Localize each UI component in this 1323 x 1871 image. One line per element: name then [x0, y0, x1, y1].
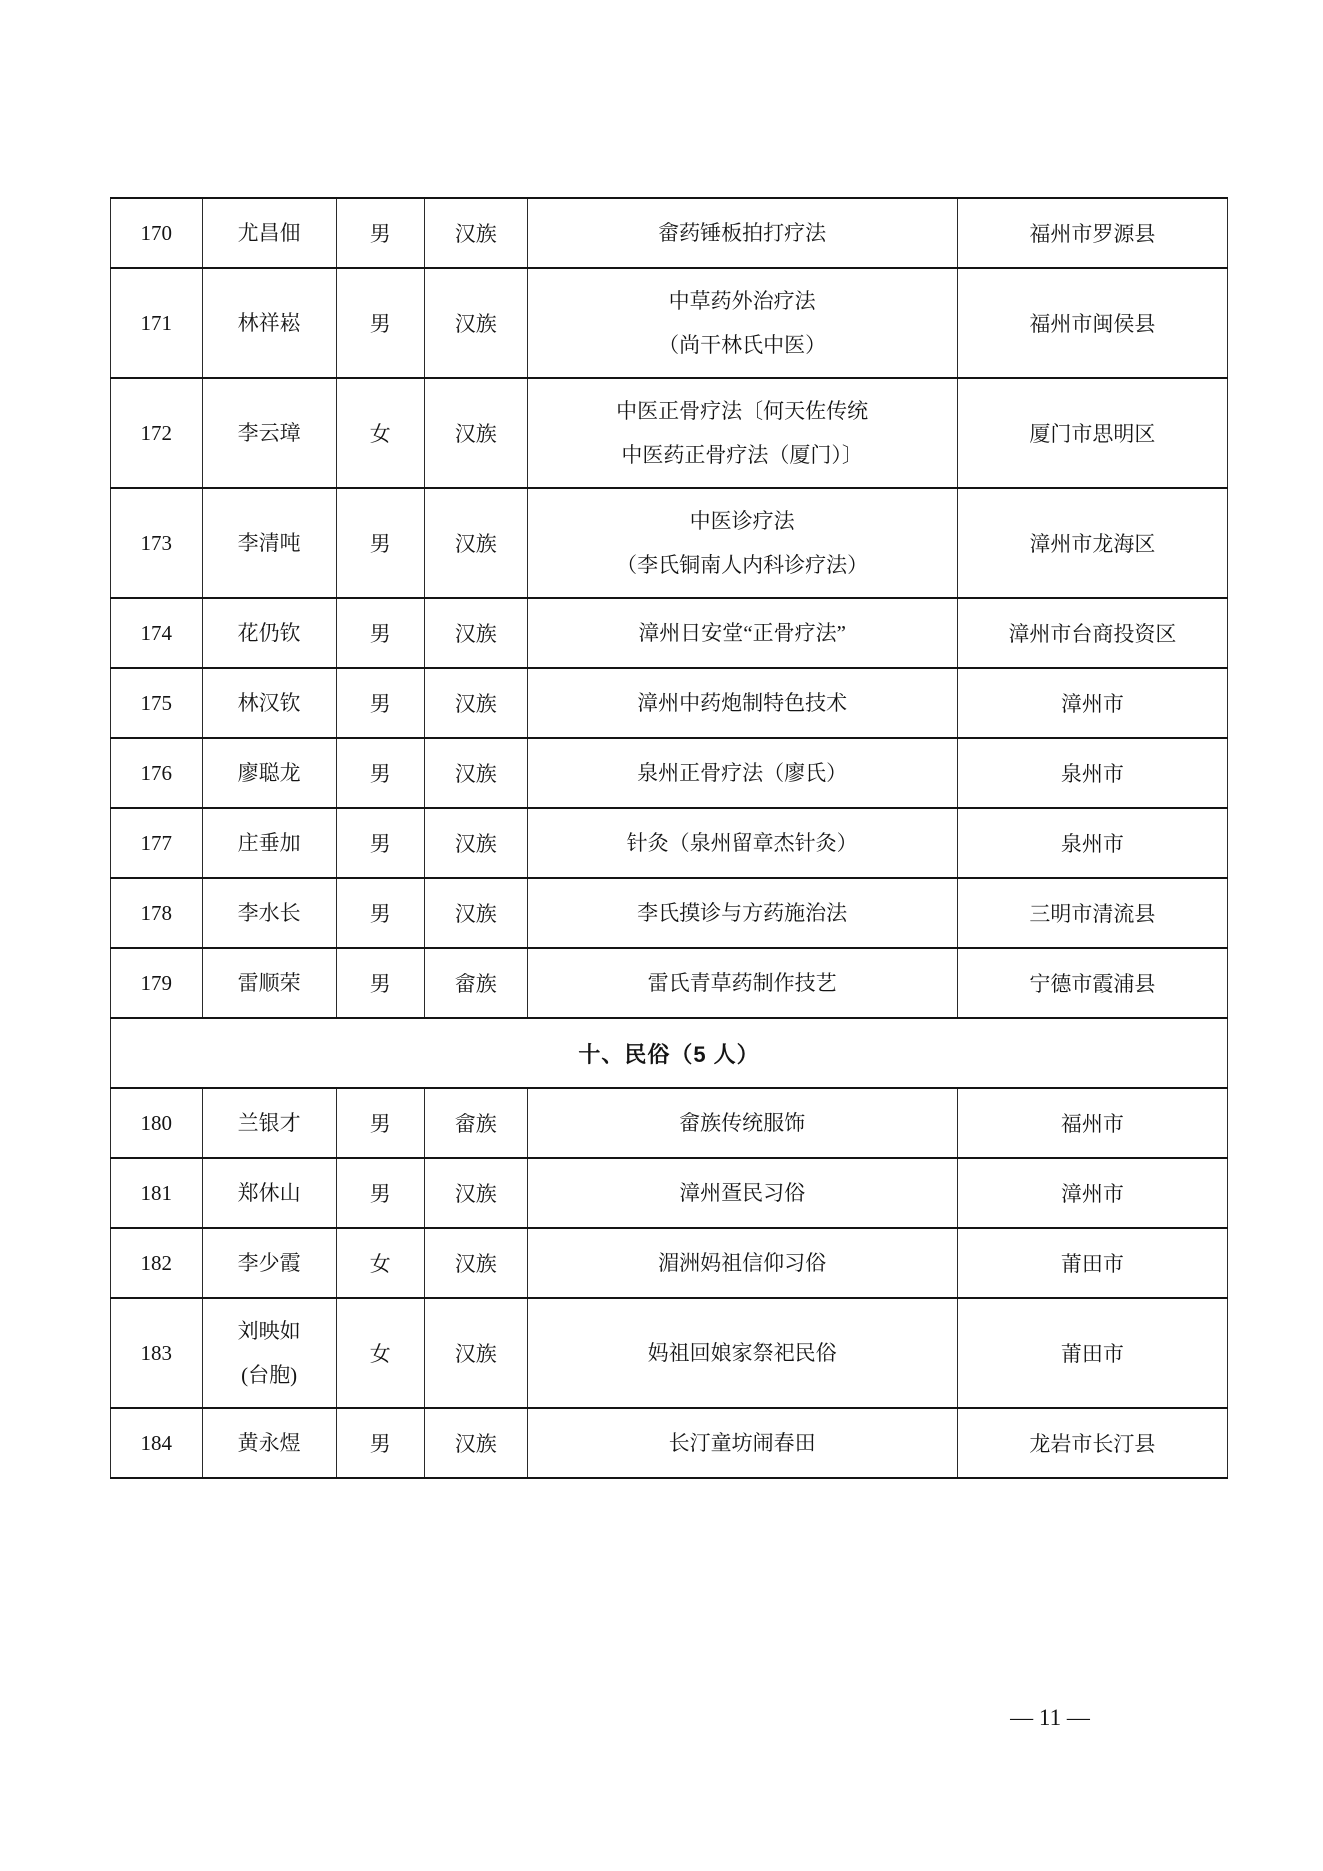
cell-ethnicity: 畲族: [424, 948, 527, 1018]
page-number: — 11 —: [960, 1698, 1140, 1738]
cell-text-line: 庄垂加: [209, 821, 330, 865]
table-row: 182 李少霞 女 汉族 湄洲妈祖信仰习俗 莆田市: [111, 1228, 1228, 1298]
cell-project: 针灸（泉州留章杰针灸）: [527, 808, 957, 878]
cell-text-line: 李氏摸诊与方药施治法: [534, 891, 951, 935]
roster-table: 170 尤昌佃 男 汉族 畲药锤板拍打疗法 福州市罗源县 171 林祥崧 男 汉…: [110, 197, 1228, 1479]
cell-project: 李氏摸诊与方药施治法: [527, 878, 957, 948]
cell-location: 福州市闽侯县: [957, 268, 1227, 378]
table-row: 177 庄垂加 男 汉族 针灸（泉州留章杰针灸） 泉州市: [111, 808, 1228, 878]
cell-text-line: 妈祖回娘家祭祀民俗: [534, 1331, 951, 1375]
cell-location: 龙岩市长汀县: [957, 1408, 1227, 1478]
table-row: 175 林汉钦 男 汉族 漳州中药炮制特色技术 漳州市: [111, 668, 1228, 738]
cell-text-line: 雷顺荣: [209, 961, 330, 1005]
cell-no: 171: [111, 268, 203, 378]
cell-text-line: 中医诊疗法: [534, 499, 951, 543]
cell-text-line: 畲族传统服饰: [534, 1101, 951, 1145]
cell-text-line: 刘映如: [209, 1309, 330, 1353]
cell-gender: 男: [336, 198, 424, 268]
cell-no: 183: [111, 1298, 203, 1408]
cell-text-line: 花仍钦: [209, 611, 330, 655]
cell-name: 李水长: [202, 878, 336, 948]
table-row: 181 郑休山 男 汉族 漳州疍民习俗 漳州市: [111, 1158, 1228, 1228]
cell-gender: 男: [336, 808, 424, 878]
cell-gender: 男: [336, 1158, 424, 1228]
cell-text-line: 黄永煜: [209, 1421, 330, 1465]
cell-ethnicity: 畲族: [424, 1088, 527, 1158]
cell-location: 莆田市: [957, 1228, 1227, 1298]
cell-location: 漳州市台商投资区: [957, 598, 1227, 668]
cell-no: 184: [111, 1408, 203, 1478]
cell-gender: 男: [336, 738, 424, 808]
cell-ethnicity: 汉族: [424, 198, 527, 268]
cell-ethnicity: 汉族: [424, 378, 527, 488]
cell-project: 湄洲妈祖信仰习俗: [527, 1228, 957, 1298]
cell-no: 176: [111, 738, 203, 808]
cell-project: 畲族传统服饰: [527, 1088, 957, 1158]
cell-name: 黄永煜: [202, 1408, 336, 1478]
cell-ethnicity: 汉族: [424, 1228, 527, 1298]
table-row: 174 花仍钦 男 汉族 漳州日安堂“正骨疗法” 漳州市台商投资区: [111, 598, 1228, 668]
cell-ethnicity: 汉族: [424, 668, 527, 738]
cell-text-line: 李水长: [209, 891, 330, 935]
section-title: 十、民俗（5 人）: [111, 1018, 1228, 1088]
table-row: 173 李清吨 男 汉族 中医诊疗法（李氏铜南人内科诊疗法） 漳州市龙海区: [111, 488, 1228, 598]
cell-text-line: （尚干林氏中医）: [534, 323, 951, 367]
cell-location: 泉州市: [957, 738, 1227, 808]
cell-no: 181: [111, 1158, 203, 1228]
cell-text-line: 林祥崧: [209, 301, 330, 345]
document-page: 170 尤昌佃 男 汉族 畲药锤板拍打疗法 福州市罗源县 171 林祥崧 男 汉…: [0, 0, 1323, 1871]
cell-text-line: 漳州疍民习俗: [534, 1171, 951, 1215]
cell-text-line: 林汉钦: [209, 681, 330, 725]
cell-name: 李清吨: [202, 488, 336, 598]
cell-project: 中医诊疗法（李氏铜南人内科诊疗法）: [527, 488, 957, 598]
cell-text-line: （李氏铜南人内科诊疗法）: [534, 543, 951, 587]
cell-project: 畲药锤板拍打疗法: [527, 198, 957, 268]
cell-no: 173: [111, 488, 203, 598]
cell-gender: 男: [336, 668, 424, 738]
cell-text-line: 漳州日安堂“正骨疗法”: [534, 611, 951, 655]
cell-location: 厦门市思明区: [957, 378, 1227, 488]
cell-gender: 女: [336, 378, 424, 488]
cell-name: 庄垂加: [202, 808, 336, 878]
cell-gender: 男: [336, 268, 424, 378]
cell-location: 福州市罗源县: [957, 198, 1227, 268]
cell-text-line: 湄洲妈祖信仰习俗: [534, 1241, 951, 1285]
cell-text-line: 漳州中药炮制特色技术: [534, 681, 951, 725]
cell-location: 三明市清流县: [957, 878, 1227, 948]
cell-text-line: 中医药正骨疗法（厦门）〕: [534, 433, 951, 477]
roster-table-body: 170 尤昌佃 男 汉族 畲药锤板拍打疗法 福州市罗源县 171 林祥崧 男 汉…: [111, 198, 1228, 1478]
cell-gender: 女: [336, 1228, 424, 1298]
cell-gender: 男: [336, 878, 424, 948]
cell-no: 170: [111, 198, 203, 268]
cell-name: 刘映如(台胞): [202, 1298, 336, 1408]
cell-name: 林祥崧: [202, 268, 336, 378]
cell-location: 漳州市: [957, 1158, 1227, 1228]
cell-name: 花仍钦: [202, 598, 336, 668]
cell-name: 廖聪龙: [202, 738, 336, 808]
cell-no: 175: [111, 668, 203, 738]
table-row: 178 李水长 男 汉族 李氏摸诊与方药施治法 三明市清流县: [111, 878, 1228, 948]
cell-text-line: 针灸（泉州留章杰针灸）: [534, 821, 951, 865]
cell-ethnicity: 汉族: [424, 1408, 527, 1478]
cell-location: 漳州市: [957, 668, 1227, 738]
cell-name: 李云璋: [202, 378, 336, 488]
cell-no: 172: [111, 378, 203, 488]
cell-location: 福州市: [957, 1088, 1227, 1158]
cell-text-line: 李云璋: [209, 411, 330, 455]
cell-name: 郑休山: [202, 1158, 336, 1228]
cell-no: 178: [111, 878, 203, 948]
cell-project: 漳州日安堂“正骨疗法”: [527, 598, 957, 668]
cell-no: 177: [111, 808, 203, 878]
cell-location: 宁德市霞浦县: [957, 948, 1227, 1018]
cell-ethnicity: 汉族: [424, 738, 527, 808]
cell-text-line: 雷氏青草药制作技艺: [534, 961, 951, 1005]
cell-gender: 男: [336, 598, 424, 668]
cell-ethnicity: 汉族: [424, 1298, 527, 1408]
cell-name: 林汉钦: [202, 668, 336, 738]
table-row: 171 林祥崧 男 汉族 中草药外治疗法（尚干林氏中医） 福州市闽侯县: [111, 268, 1228, 378]
cell-name: 尤昌佃: [202, 198, 336, 268]
cell-project: 泉州正骨疗法（廖氏）: [527, 738, 957, 808]
cell-text-line: 泉州正骨疗法（廖氏）: [534, 751, 951, 795]
cell-text-line: 长汀童坊闹春田: [534, 1421, 951, 1465]
table-row: 179 雷顺荣 男 畲族 雷氏青草药制作技艺 宁德市霞浦县: [111, 948, 1228, 1018]
cell-ethnicity: 汉族: [424, 878, 527, 948]
cell-no: 180: [111, 1088, 203, 1158]
cell-project: 漳州疍民习俗: [527, 1158, 957, 1228]
table-row: 184 黄永煜 男 汉族 长汀童坊闹春田 龙岩市长汀县: [111, 1408, 1228, 1478]
cell-name: 李少霞: [202, 1228, 336, 1298]
cell-ethnicity: 汉族: [424, 488, 527, 598]
cell-ethnicity: 汉族: [424, 598, 527, 668]
cell-text-line: (台胞): [209, 1353, 330, 1397]
cell-ethnicity: 汉族: [424, 268, 527, 378]
table-row: 180 兰银才 男 畲族 畲族传统服饰 福州市: [111, 1088, 1228, 1158]
cell-no: 182: [111, 1228, 203, 1298]
cell-gender: 男: [336, 1408, 424, 1478]
cell-location: 漳州市龙海区: [957, 488, 1227, 598]
cell-project: 长汀童坊闹春田: [527, 1408, 957, 1478]
cell-no: 179: [111, 948, 203, 1018]
cell-project: 雷氏青草药制作技艺: [527, 948, 957, 1018]
cell-location: 莆田市: [957, 1298, 1227, 1408]
cell-no: 174: [111, 598, 203, 668]
cell-text-line: 畲药锤板拍打疗法: [534, 211, 951, 255]
cell-text-line: 郑休山: [209, 1171, 330, 1215]
table-row: 172 李云璋 女 汉族 中医正骨疗法〔何天佐传统中医药正骨疗法（厦门）〕 厦门…: [111, 378, 1228, 488]
cell-name: 兰银才: [202, 1088, 336, 1158]
section-row: 十、民俗（5 人）: [111, 1018, 1228, 1088]
cell-project: 中医正骨疗法〔何天佐传统中医药正骨疗法（厦门）〕: [527, 378, 957, 488]
table-row: 170 尤昌佃 男 汉族 畲药锤板拍打疗法 福州市罗源县: [111, 198, 1228, 268]
cell-gender: 男: [336, 488, 424, 598]
table-row: 176 廖聪龙 男 汉族 泉州正骨疗法（廖氏） 泉州市: [111, 738, 1228, 808]
cell-ethnicity: 汉族: [424, 808, 527, 878]
cell-text-line: 中草药外治疗法: [534, 279, 951, 323]
cell-location: 泉州市: [957, 808, 1227, 878]
table-row: 183 刘映如(台胞) 女 汉族 妈祖回娘家祭祀民俗 莆田市: [111, 1298, 1228, 1408]
cell-gender: 女: [336, 1298, 424, 1408]
cell-gender: 男: [336, 948, 424, 1018]
cell-text-line: 兰银才: [209, 1101, 330, 1145]
cell-ethnicity: 汉族: [424, 1158, 527, 1228]
cell-project: 妈祖回娘家祭祀民俗: [527, 1298, 957, 1408]
cell-gender: 男: [336, 1088, 424, 1158]
cell-project: 漳州中药炮制特色技术: [527, 668, 957, 738]
cell-text-line: 中医正骨疗法〔何天佐传统: [534, 389, 951, 433]
cell-text-line: 廖聪龙: [209, 751, 330, 795]
cell-text-line: 李少霞: [209, 1241, 330, 1285]
cell-project: 中草药外治疗法（尚干林氏中医）: [527, 268, 957, 378]
cell-text-line: 李清吨: [209, 521, 330, 565]
cell-text-line: 尤昌佃: [209, 211, 330, 255]
cell-name: 雷顺荣: [202, 948, 336, 1018]
